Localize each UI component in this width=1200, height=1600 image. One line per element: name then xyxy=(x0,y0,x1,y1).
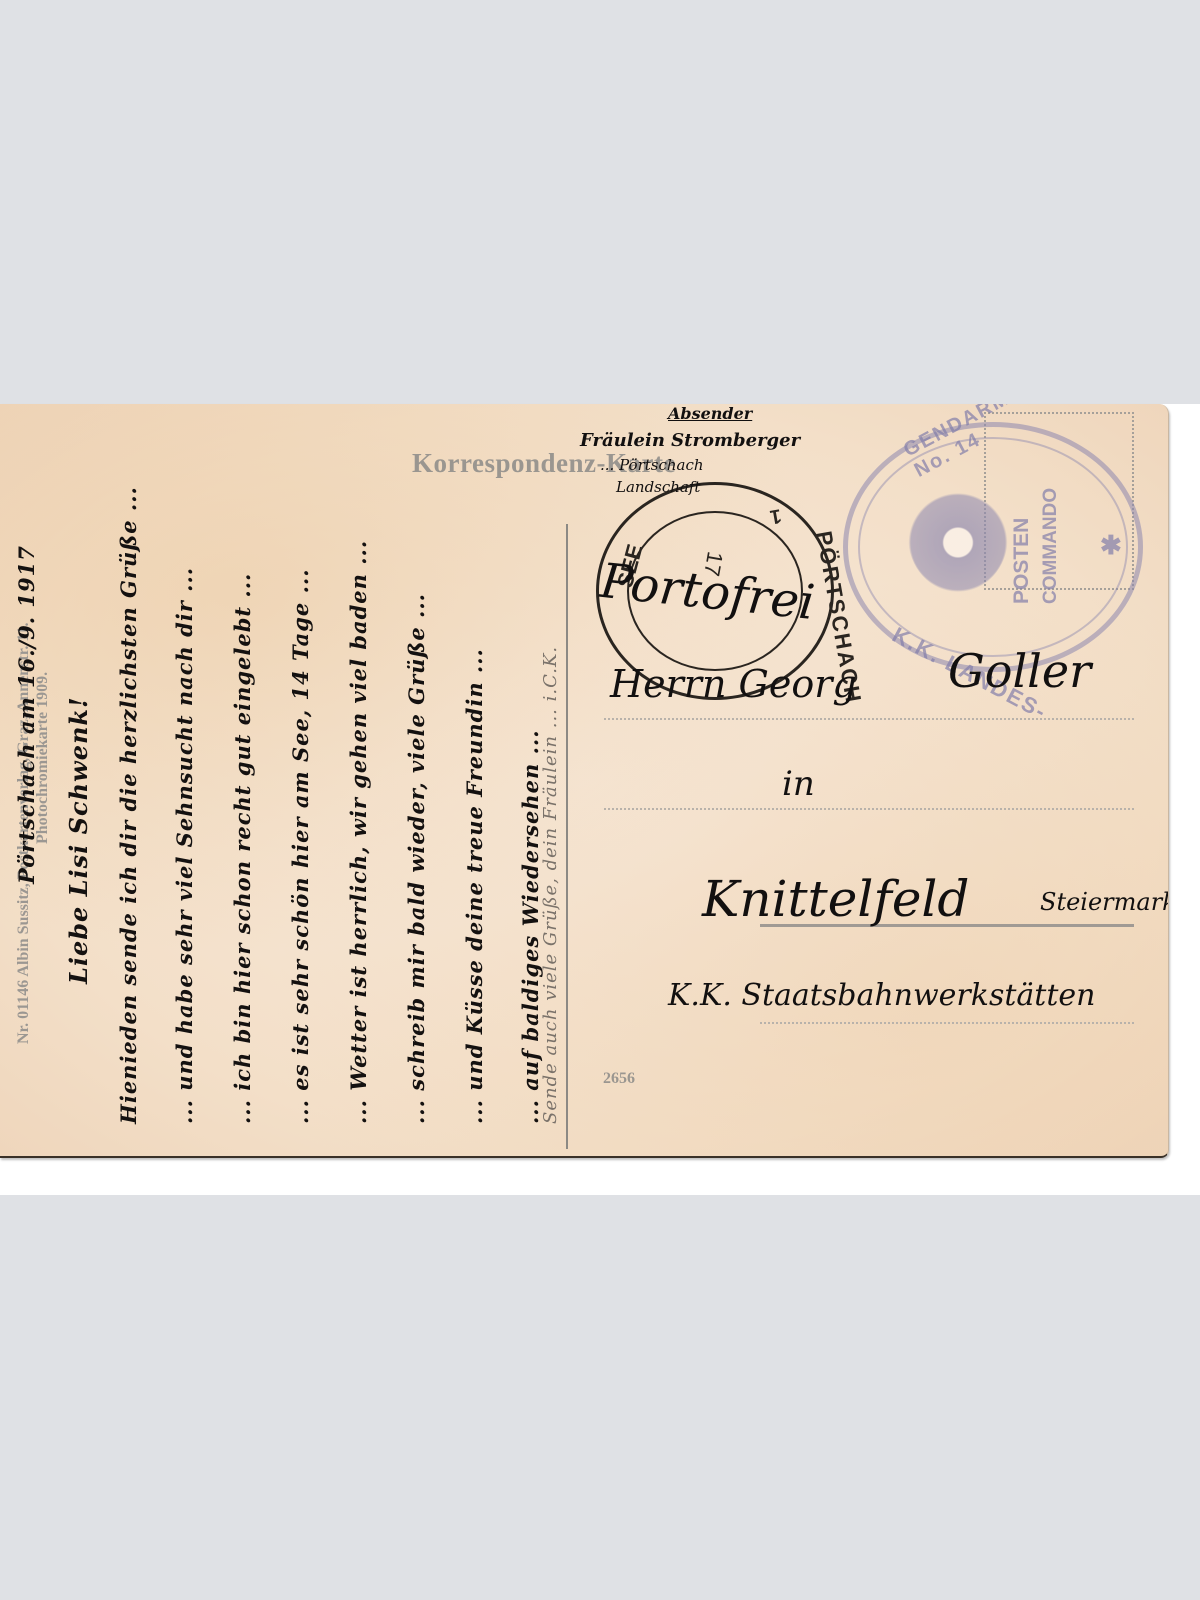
pencil-margin-note: Sende auch viele Grüße, dein Fräulein ..… xyxy=(540,646,561,1124)
recipient-institution: K.K. Staatsbahnwerkstätten xyxy=(668,978,1095,1013)
recipient-surname: Goller xyxy=(948,644,1091,698)
recipient-preposition: in xyxy=(782,764,815,804)
message-column-3: ... ich bin hier schon recht gut eingele… xyxy=(230,573,255,1124)
recipient-town: Knittelfeld xyxy=(702,870,969,928)
gendarmerie-stamp-posten: POSTEN xyxy=(1010,518,1034,604)
recipient-salutation: Herrn Georg xyxy=(610,662,857,706)
photo-frame: Korrespondenz-Karte Nr. 01146 Albin Suss… xyxy=(0,404,1200,1195)
gendarmerie-stamp-commando: COMMANDO xyxy=(1040,488,1062,604)
address-line-4 xyxy=(760,1022,1134,1024)
postcard-back: Korrespondenz-Karte Nr. 01146 Albin Suss… xyxy=(0,404,1169,1158)
message-column-7: ... und Küsse deine treue Freundin ... xyxy=(462,648,487,1124)
message-place-date: Pörtschach am 16./9. 1917 xyxy=(14,545,39,884)
serial-number: 2656 xyxy=(603,1070,635,1088)
message-greeting: Liebe Lisi Schwenk! xyxy=(64,696,93,984)
message-column-6: ... schreib mir bald wieder, viele Grüße… xyxy=(404,593,429,1124)
vertical-divider xyxy=(566,524,568,1149)
sender-line-2: ... Pörtschach xyxy=(600,456,704,474)
sender-line-1: Fräulein Stromberger xyxy=(580,430,800,451)
message-column-4: ... es ist sehr schön hier am See, 14 Ta… xyxy=(288,568,313,1124)
recipient-region: Steiermark xyxy=(1040,888,1169,916)
message-column-5: ... Wetter ist herrlich, wir gehen viel … xyxy=(346,540,371,1124)
message-column-2: ... und habe sehr viel Sehnsucht nach di… xyxy=(172,567,197,1124)
sender-line-3: Landschaft xyxy=(616,478,700,496)
address-line-1 xyxy=(604,718,1134,720)
star-icon: ✱ xyxy=(1100,530,1122,561)
double-eagle-emblem-icon xyxy=(908,482,1008,592)
greeting-text: Liebe Lisi Schwenk! xyxy=(64,696,93,984)
sender-label: Absender xyxy=(668,404,752,423)
address-line-2 xyxy=(604,808,1134,810)
message-column-1: Hienieden sende ich dir die herzlichsten… xyxy=(116,486,141,1124)
